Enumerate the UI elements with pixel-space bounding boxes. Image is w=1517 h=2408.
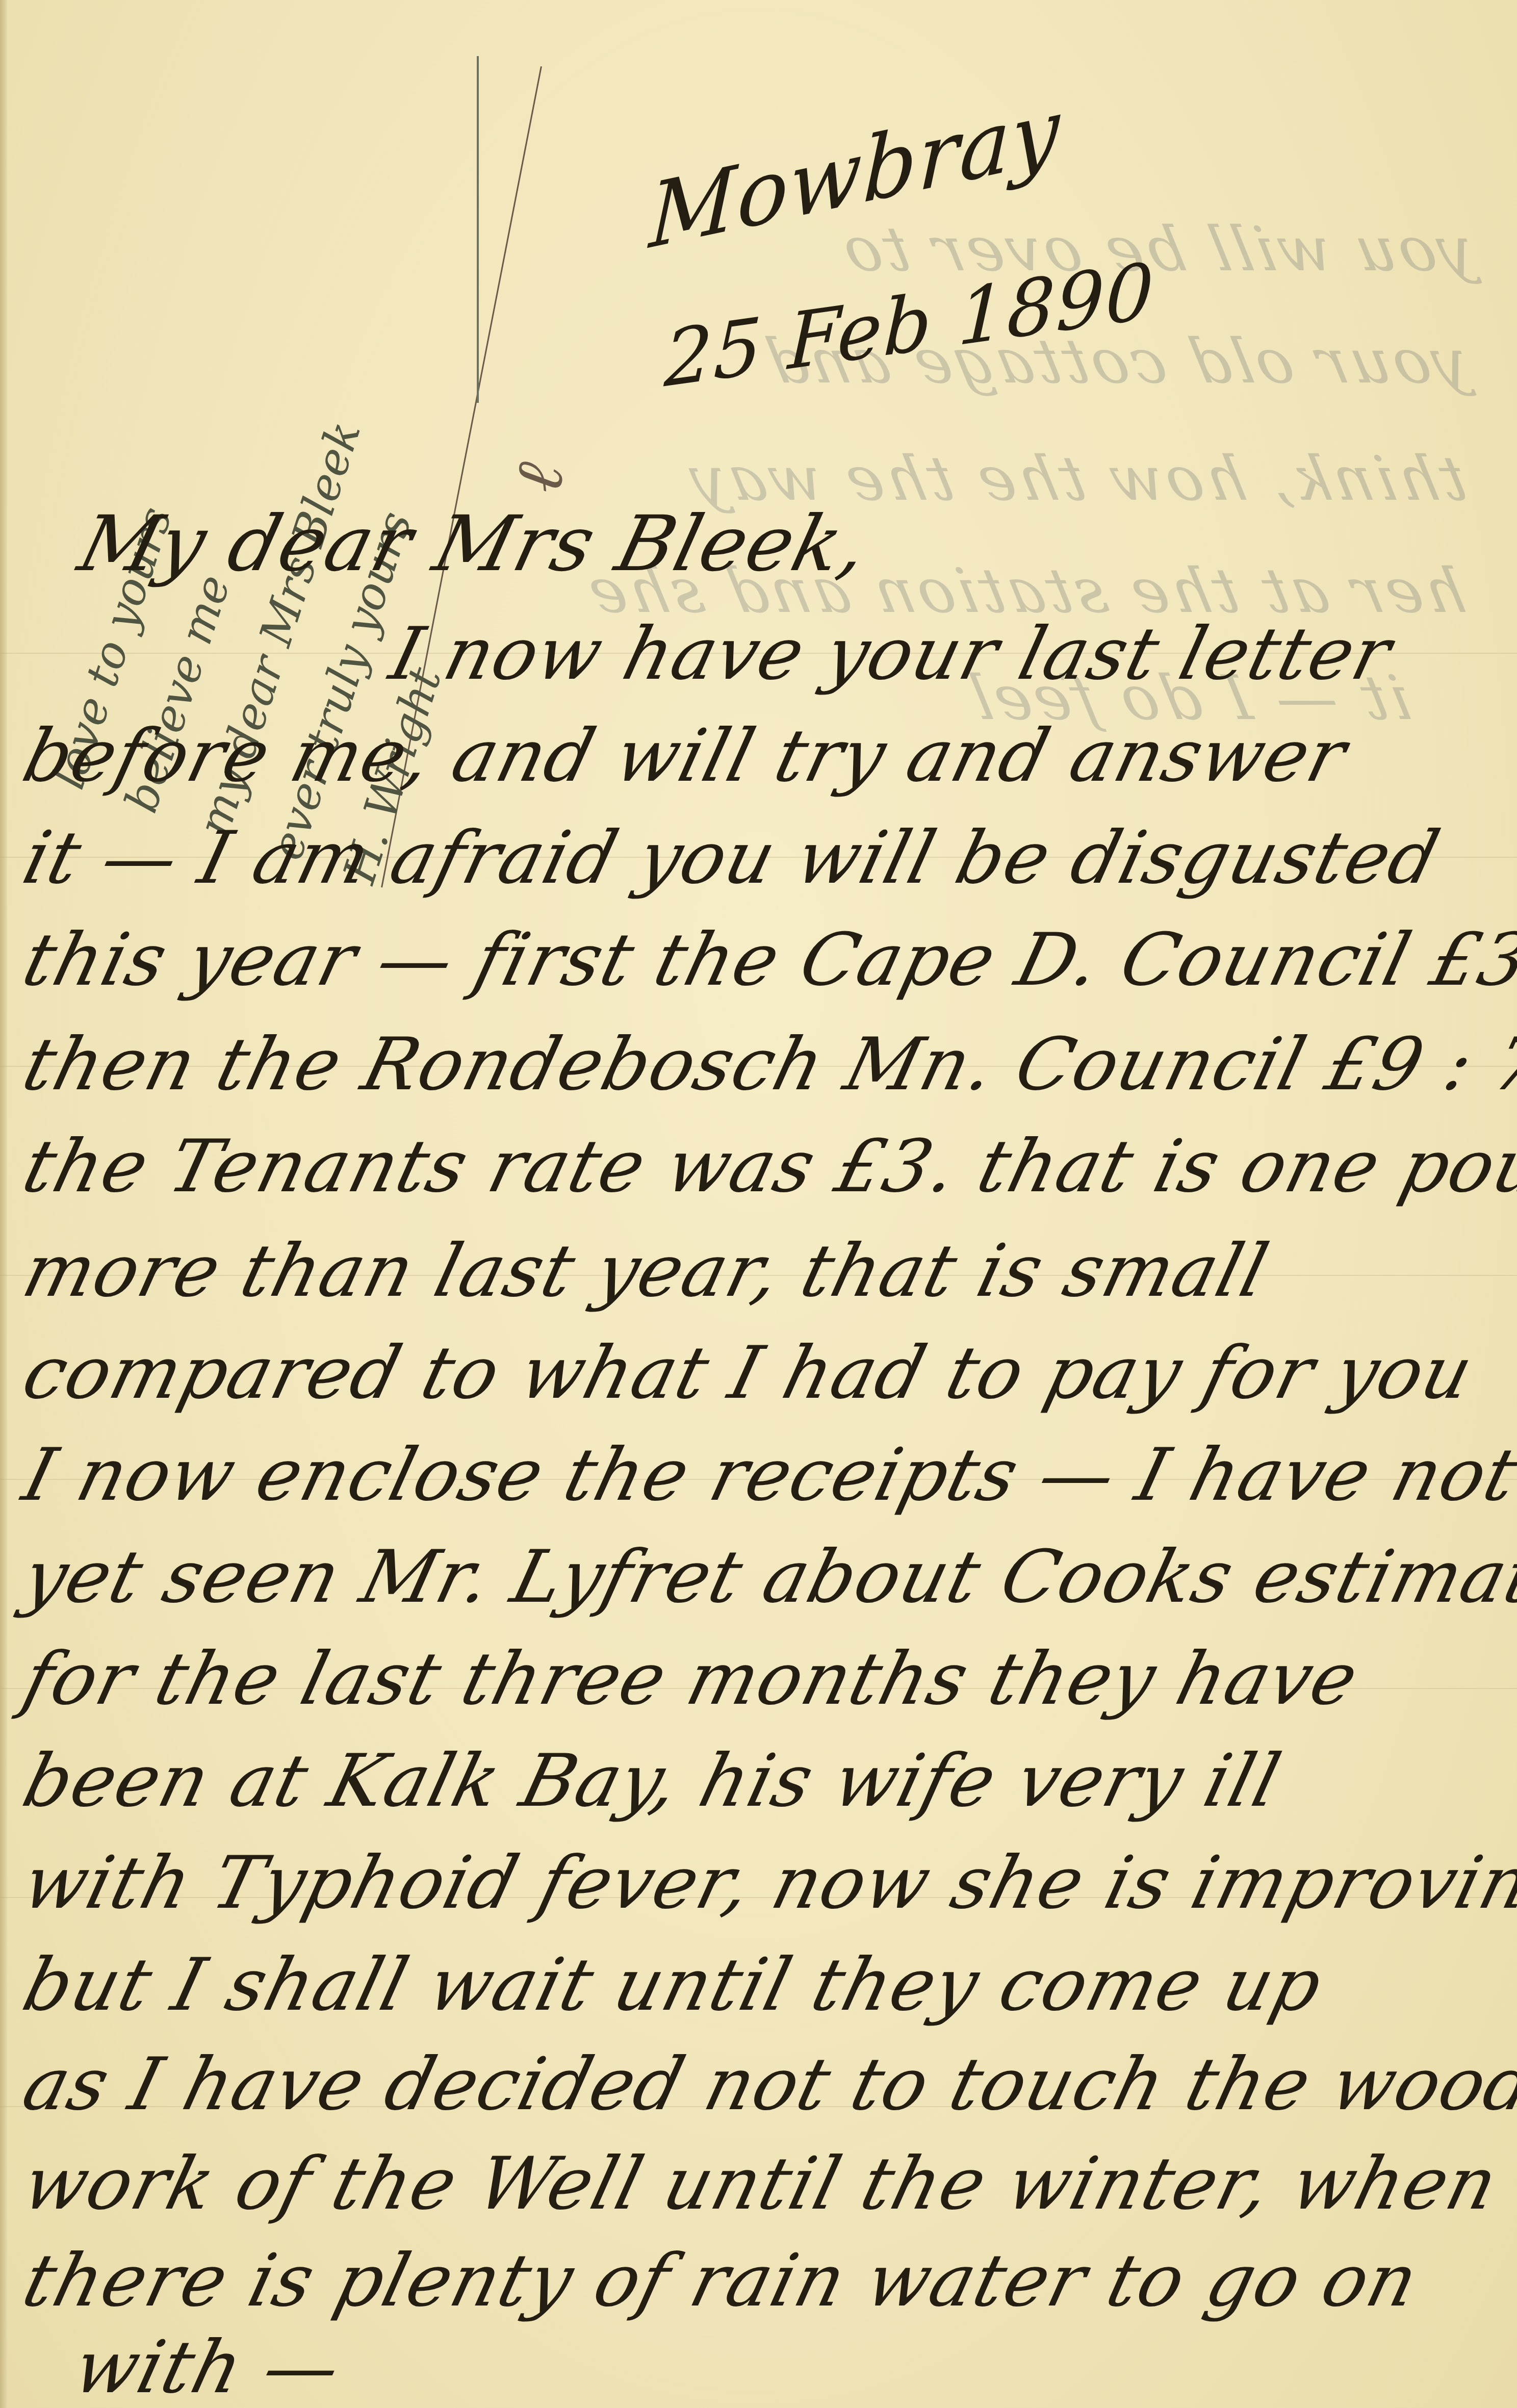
letter-date: 25 Feb 1890 bbox=[663, 246, 1156, 405]
body-line: then the Rondebosch Mn. Council £9 : 7 :… bbox=[15, 1022, 1517, 1107]
body-line: I now enclose the receipts — I have not bbox=[15, 1433, 1517, 1517]
body-line: more than last year, that is small bbox=[15, 1229, 1277, 1313]
body-line: yet seen Mr. Lyfret about Cooks estimate bbox=[15, 1535, 1517, 1619]
body-line: work of the Well until the winter, when bbox=[15, 2142, 1506, 2226]
margin-rule bbox=[477, 56, 479, 403]
body-line: there is plenty of rain water to go on bbox=[15, 2239, 1427, 2323]
body-line: it — I am afraid you will be disgusted bbox=[15, 816, 1448, 900]
salutation: My dear Mrs Bleek, bbox=[70, 500, 878, 588]
body-line: I now have your last letter bbox=[382, 612, 1400, 696]
body-line: compared to what I had to pay for you bbox=[15, 1331, 1481, 1415]
body-line: been at Kalk Bay, his wife very ill bbox=[15, 1739, 1289, 1823]
body-line: before me, and will try and answer bbox=[15, 714, 1355, 798]
letter-place: Mowbray bbox=[648, 78, 1062, 269]
body-line: with Typhoid fever, now she is improving bbox=[15, 1841, 1517, 1925]
letter-page: you will be over to your old cottage and… bbox=[0, 0, 1517, 2408]
body-line: but I shall wait until they come up bbox=[15, 1943, 1331, 2027]
paper-edge bbox=[0, 0, 7, 2408]
body-line: as I have decided not to touch the wood bbox=[15, 2042, 1517, 2127]
show-through-line: you will be over to bbox=[834, 214, 1480, 285]
body-line: with — bbox=[66, 2325, 349, 2408]
body-line: the Tenants rate was £3. that is one pou… bbox=[15, 1124, 1517, 1209]
body-line: for the last three months they have bbox=[15, 1637, 1367, 1721]
body-line: this year — first the Cape D. Council £3… bbox=[15, 918, 1517, 1002]
